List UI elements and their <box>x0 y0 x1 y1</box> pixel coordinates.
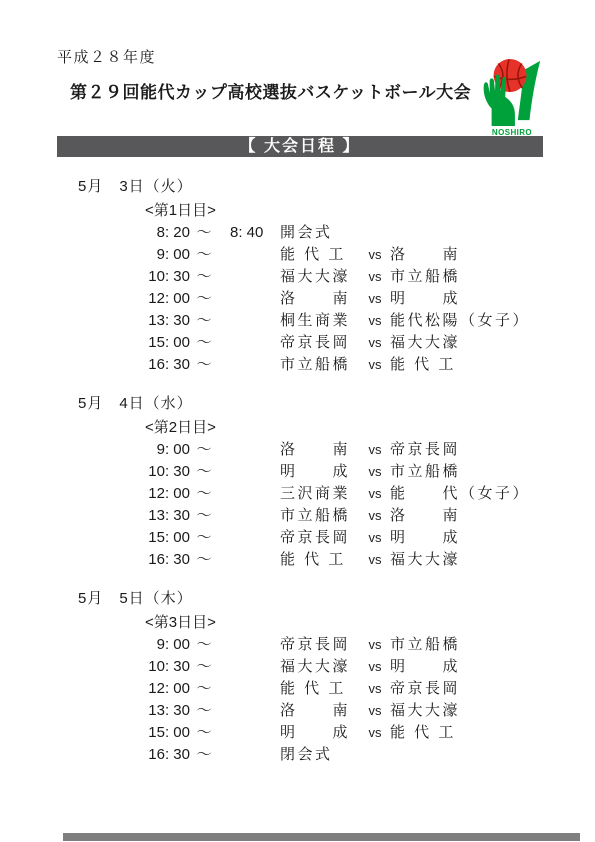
vs-label: vs <box>360 244 390 266</box>
vs-label: vs <box>360 483 390 505</box>
end-time <box>218 483 280 505</box>
vs-label: vs <box>360 354 390 376</box>
tilde-symbol: ～ <box>190 634 218 656</box>
left-team: 帝京長岡 <box>280 332 360 354</box>
footer-bar <box>63 833 580 841</box>
schedule-row: 13: 30 ～ 桐生商業 vs 能代松陽（女子） <box>0 310 595 332</box>
schedule-row: 12: 00 ～ 洛 南 vs 明 成 <box>0 288 595 310</box>
tilde-symbol: ～ <box>190 266 218 288</box>
schedule-row: 16: 30 ～ 閉会式 <box>0 744 595 766</box>
end-time <box>218 439 280 461</box>
start-time: 13: 30 <box>146 700 190 722</box>
start-time: 13: 30 <box>146 310 190 332</box>
tilde-symbol: ～ <box>190 461 218 483</box>
tilde-symbol: ～ <box>190 656 218 678</box>
end-time <box>218 288 280 310</box>
start-time: 8: 20 <box>146 222 190 244</box>
left-team: 閉会式 <box>280 744 360 766</box>
left-team: 能 代 工 <box>280 549 360 571</box>
start-time: 10: 30 <box>146 656 190 678</box>
vs-label: vs <box>360 332 390 354</box>
right-team: 能 代（女子） <box>390 483 595 505</box>
schedule-row: 16: 30 ～ 能 代 工 vs 福大大濠 <box>0 549 595 571</box>
end-time <box>218 354 280 376</box>
basketball-hand-icon <box>478 56 546 128</box>
left-team: 洛 南 <box>280 288 360 310</box>
end-time <box>218 266 280 288</box>
start-time: 15: 00 <box>146 722 190 744</box>
start-time: 12: 00 <box>146 288 190 310</box>
tilde-symbol: ～ <box>190 483 218 505</box>
end-time <box>218 244 280 266</box>
tilde-symbol: ～ <box>190 549 218 571</box>
vs-label: vs <box>360 678 390 700</box>
vs-label: vs <box>360 288 390 310</box>
right-team: 洛 南 <box>390 244 595 266</box>
schedule-row: 10: 30 ～ 福大大濠 vs 市立船橋 <box>0 266 595 288</box>
schedule-row: 9: 00 ～ 洛 南 vs 帝京長岡 <box>0 439 595 461</box>
tilde-symbol: ～ <box>190 222 218 244</box>
start-time: 16: 30 <box>146 744 190 766</box>
day-block: 5月 4日（水） <第2日目> 9: 00 ～ 洛 南 vs 帝京長岡 10: … <box>0 393 595 571</box>
right-team: 帝京長岡 <box>390 439 595 461</box>
end-time <box>218 332 280 354</box>
end-time <box>218 310 280 332</box>
left-team: 桐生商業 <box>280 310 360 332</box>
tilde-symbol: ～ <box>190 244 218 266</box>
right-team: 福大大濠 <box>390 332 595 354</box>
right-team: 明 成 <box>390 656 595 678</box>
start-time: 16: 30 <box>146 549 190 571</box>
tilde-symbol: ～ <box>190 527 218 549</box>
end-time <box>218 656 280 678</box>
day-date: 5月 5日（木） <box>0 588 595 610</box>
end-time: 8: 40 <box>218 222 280 244</box>
schedule: 5月 3日（火） <第1日目> 8: 20 ～ 8: 40 開会式 9: 00 … <box>0 176 595 783</box>
day-subtitle: <第2日目> <box>0 417 595 439</box>
vs-label: vs <box>360 722 390 744</box>
right-team: 福大大濠 <box>390 549 595 571</box>
right-team: 帝京長岡 <box>390 678 595 700</box>
right-team <box>390 222 595 244</box>
start-time: 12: 00 <box>146 483 190 505</box>
end-time <box>218 722 280 744</box>
left-team: 洛 南 <box>280 439 360 461</box>
left-team: 帝京長岡 <box>280 527 360 549</box>
tilde-symbol: ～ <box>190 505 218 527</box>
right-team: 能 代 工 <box>390 722 595 744</box>
right-team: 明 成 <box>390 288 595 310</box>
right-team: 能 代 工 <box>390 354 595 376</box>
vs-label <box>360 744 390 766</box>
schedule-row: 15: 00 ～ 帝京長岡 vs 福大大濠 <box>0 332 595 354</box>
fiscal-year-label: 平成２８年度 <box>57 46 156 67</box>
schedule-row: 10: 30 ～ 明 成 vs 市立船橋 <box>0 461 595 483</box>
tournament-logo: NOSHIRO CUP2016 <box>476 56 548 146</box>
vs-label: vs <box>360 461 390 483</box>
right-team: 洛 南 <box>390 505 595 527</box>
end-time <box>218 700 280 722</box>
schedule-row: 10: 30 ～ 福大大濠 vs 明 成 <box>0 656 595 678</box>
left-team: 開会式 <box>280 222 360 244</box>
tilde-symbol: ～ <box>190 744 218 766</box>
left-team: 市立船橋 <box>280 354 360 376</box>
tilde-symbol: ～ <box>190 288 218 310</box>
start-time: 10: 30 <box>146 461 190 483</box>
right-team: 能代松陽（女子） <box>390 310 595 332</box>
day-subtitle: <第3日目> <box>0 612 595 634</box>
vs-label: vs <box>360 527 390 549</box>
left-team: 明 成 <box>280 461 360 483</box>
vs-label: vs <box>360 505 390 527</box>
tilde-symbol: ～ <box>190 310 218 332</box>
day-subtitle: <第1日目> <box>0 200 595 222</box>
schedule-row: 13: 30 ～ 市立船橋 vs 洛 南 <box>0 505 595 527</box>
left-team: 帝京長岡 <box>280 634 360 656</box>
start-time: 16: 30 <box>146 354 190 376</box>
schedule-row: 13: 30 ～ 洛 南 vs 福大大濠 <box>0 700 595 722</box>
start-time: 12: 00 <box>146 678 190 700</box>
vs-label: vs <box>360 310 390 332</box>
vs-label: vs <box>360 439 390 461</box>
tilde-symbol: ～ <box>190 354 218 376</box>
schedule-row: 15: 00 ～ 明 成 vs 能 代 工 <box>0 722 595 744</box>
start-time: 9: 00 <box>146 439 190 461</box>
vs-label: vs <box>360 634 390 656</box>
right-team: 明 成 <box>390 527 595 549</box>
tilde-symbol: ～ <box>190 678 218 700</box>
end-time <box>218 505 280 527</box>
day-date: 5月 4日（水） <box>0 393 595 415</box>
tilde-symbol: ～ <box>190 439 218 461</box>
vs-label: vs <box>360 266 390 288</box>
schedule-row: 8: 20 ～ 8: 40 開会式 <box>0 222 595 244</box>
schedule-row: 12: 00 ～ 三沢商業 vs 能 代（女子） <box>0 483 595 505</box>
left-team: 市立船橋 <box>280 505 360 527</box>
day-date: 5月 3日（火） <box>0 176 595 198</box>
schedule-section-banner: 【 大会日程 】 <box>57 136 543 157</box>
end-time <box>218 527 280 549</box>
tilde-symbol: ～ <box>190 722 218 744</box>
start-time: 10: 30 <box>146 266 190 288</box>
tilde-symbol: ～ <box>190 700 218 722</box>
end-time <box>218 634 280 656</box>
start-time: 13: 30 <box>146 505 190 527</box>
schedule-row: 9: 00 ～ 能 代 工 vs 洛 南 <box>0 244 595 266</box>
end-time <box>218 744 280 766</box>
right-team: 市立船橋 <box>390 266 595 288</box>
tilde-symbol: ～ <box>190 332 218 354</box>
left-team: 洛 南 <box>280 700 360 722</box>
tournament-title: 第２９回能代カップ高校選抜バスケットボール大会 <box>70 78 471 103</box>
right-team: 市立船橋 <box>390 461 595 483</box>
start-time: 9: 00 <box>146 244 190 266</box>
left-team: 能 代 工 <box>280 244 360 266</box>
left-team: 明 成 <box>280 722 360 744</box>
schedule-row: 12: 00 ～ 能 代 工 vs 帝京長岡 <box>0 678 595 700</box>
day-block: 5月 5日（木） <第3日目> 9: 00 ～ 帝京長岡 vs 市立船橋 10:… <box>0 588 595 766</box>
left-team: 三沢商業 <box>280 483 360 505</box>
right-team: 福大大濠 <box>390 700 595 722</box>
right-team <box>390 744 595 766</box>
end-time <box>218 549 280 571</box>
vs-label: vs <box>360 549 390 571</box>
day-rows: 8: 20 ～ 8: 40 開会式 9: 00 ～ 能 代 工 vs 洛 南 1… <box>0 222 595 376</box>
day-rows: 9: 00 ～ 洛 南 vs 帝京長岡 10: 30 ～ 明 成 vs 市立船橋… <box>0 439 595 571</box>
day-block: 5月 3日（火） <第1日目> 8: 20 ～ 8: 40 開会式 9: 00 … <box>0 176 595 376</box>
end-time <box>218 678 280 700</box>
left-team: 福大大濠 <box>280 656 360 678</box>
end-time <box>218 461 280 483</box>
left-team: 能 代 工 <box>280 678 360 700</box>
right-team: 市立船橋 <box>390 634 595 656</box>
start-time: 15: 00 <box>146 527 190 549</box>
vs-label: vs <box>360 656 390 678</box>
schedule-row: 15: 00 ～ 帝京長岡 vs 明 成 <box>0 527 595 549</box>
start-time: 9: 00 <box>146 634 190 656</box>
schedule-row: 9: 00 ～ 帝京長岡 vs 市立船橋 <box>0 634 595 656</box>
start-time: 15: 00 <box>146 332 190 354</box>
day-rows: 9: 00 ～ 帝京長岡 vs 市立船橋 10: 30 ～ 福大大濠 vs 明 … <box>0 634 595 766</box>
vs-label: vs <box>360 700 390 722</box>
vs-label <box>360 222 390 244</box>
left-team: 福大大濠 <box>280 266 360 288</box>
schedule-row: 16: 30 ～ 市立船橋 vs 能 代 工 <box>0 354 595 376</box>
